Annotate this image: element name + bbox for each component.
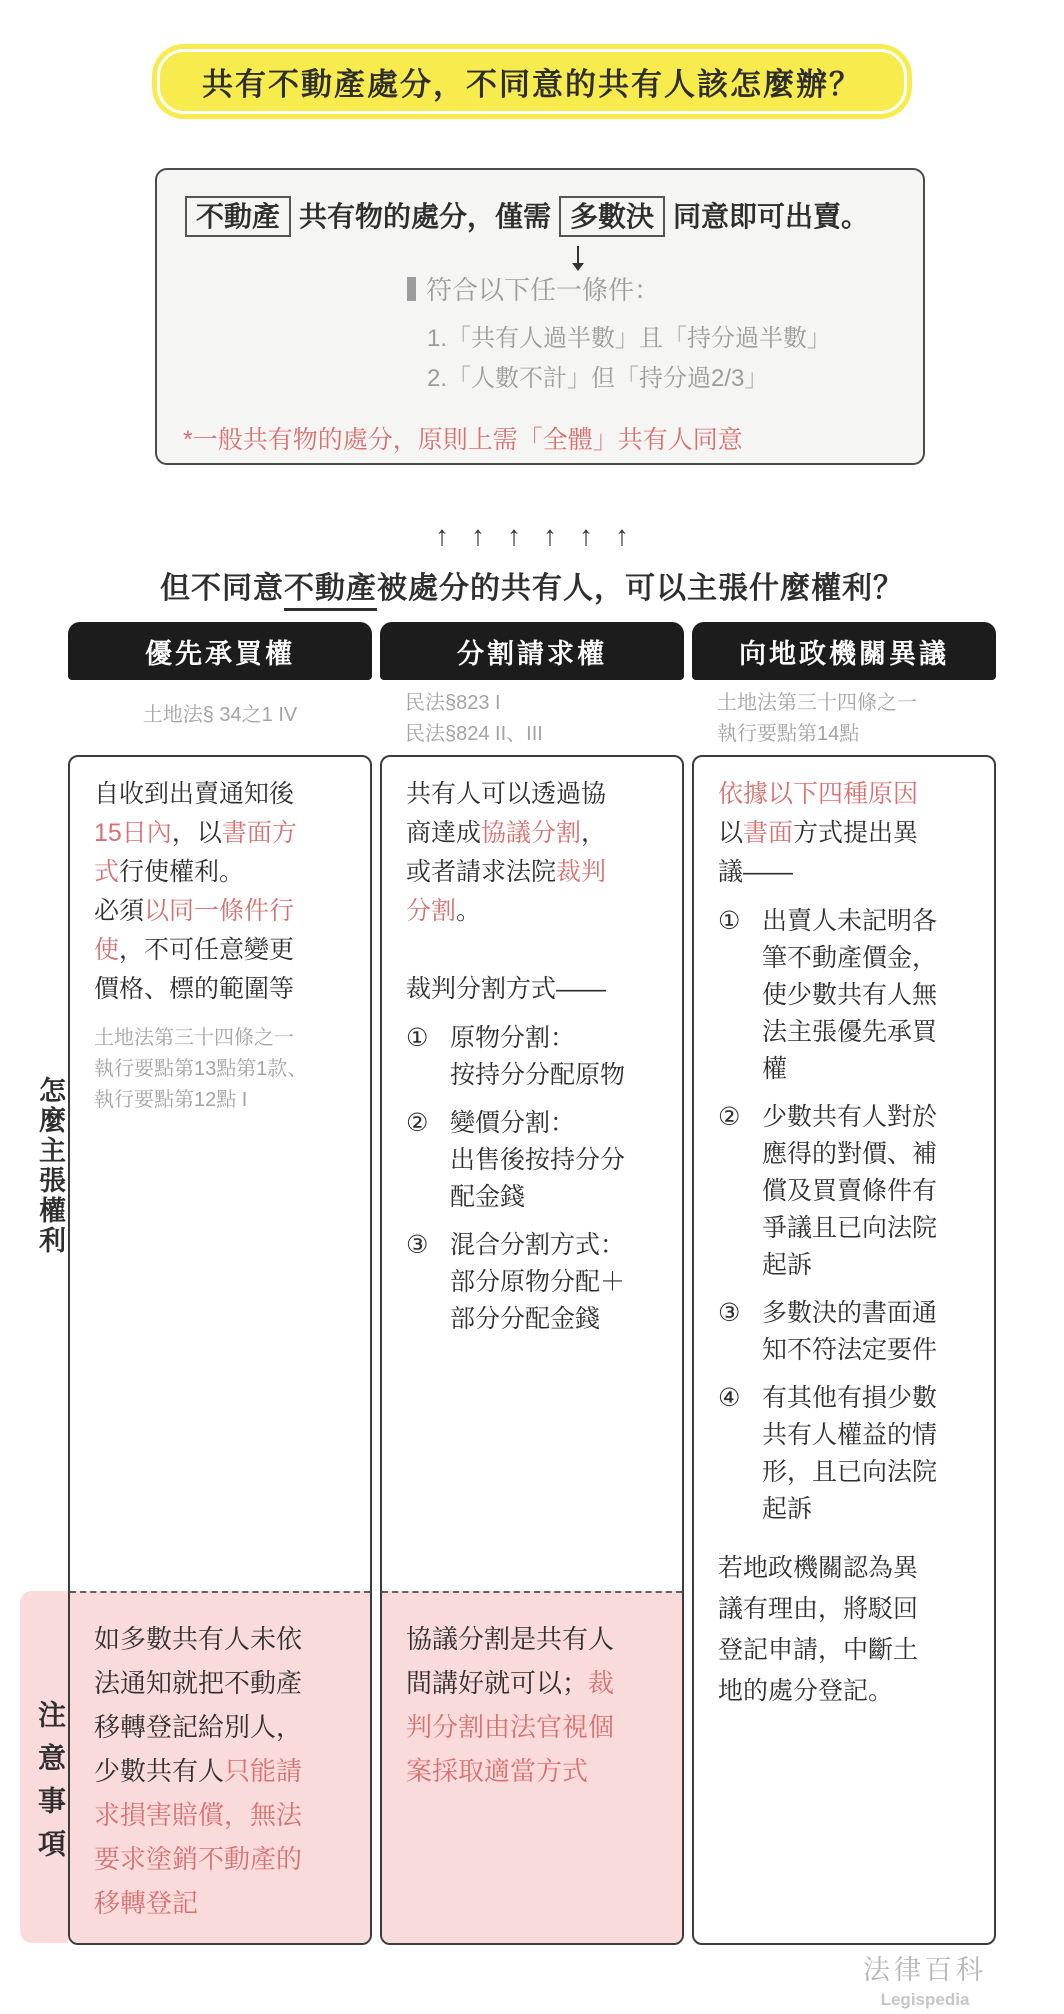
infographic-page: 共有不動產處分，不同意的共有人該怎麼辦？ 不動產共有物的處分，僅需多數決同意即可… [0,0,1064,2014]
list-item: ④有其他有損少數 共有人權益的情 形，且已向法院 起訴 [718,1380,980,1528]
side-label-notice: 注意事項 [30,1700,70,1872]
intro-box: 不動產共有物的處分，僅需多數決同意即可出賣。 符合以下任一條件： 1.「共有人過… [155,168,925,465]
column-citation: 土地法§ 34之1 IV [68,688,372,731]
column-citation: 土地法第三十四條之一 執行要點第14點 [692,688,996,750]
column-header-objection-to-land-office: 向地政機關異議 [692,622,996,680]
intro-headline: 不動產共有物的處分，僅需多數決同意即可出賣。 [177,194,869,240]
question-heading: 但不同意不動產被處分的共有人，可以主張什麼權利？ [0,563,1064,607]
column-body: 自收到出賣通知後 15日內，以書面方 式行使權利。 必須以同一條件行 使，不可任… [70,757,370,1009]
column-body: 依據以下四種原因 以書面方式提出異 議—— [694,757,994,892]
up-arrows-icon: ↑↑↑↑↑↑ [0,520,1064,552]
column-header-right-of-first-refusal: 優先承買權 [68,622,372,680]
intro-footnote: *一般共有物的處分，原則上需「全體」共有人同意 [183,420,743,456]
side-label-how-to-claim: 怎麼主張權利 [31,1076,70,1256]
condition-item-2: 2.「人數不計」但「持分過2/3」 [427,358,768,393]
list-item: ③混合分割方式： 部分原物分配＋ 部分分配金錢 [406,1227,668,1338]
column-citation: 民法§823 I 民法§824 II、III [380,688,684,750]
column-box-right-of-first-refusal: 自收到出賣通知後 15日內，以書面方 式行使權利。 必須以同一條件行 使，不可任… [68,755,372,1945]
bar-icon [407,277,416,301]
column-caution-note: 協議分割是共有人 間講好就可以；裁 判分割由法官視個 案採取適當方式 [382,1591,682,1943]
down-arrow-icon [577,246,579,263]
brand-logo: 法律百科 Legispedia [850,1948,1000,2010]
page-title: 共有不動產處分，不同意的共有人該怎麼辦？ [157,49,907,114]
condition-item-1: 1.「共有人過半數」且「持分過半數」 [427,318,831,353]
column-caution-note: 如多數共有人未依 法通知就把不動產 移轉登記給別人， 少數共有人只能請 求損害賠… [70,1591,370,1943]
column-header-partition-claim: 分割請求權 [380,622,684,680]
list-item: ③多數決的書面通 知不符法定要件 [718,1295,980,1369]
list-item: ②變價分割： 出售後按持分分 配金錢 [406,1105,668,1216]
brand-logo-zh: 法律百科 [850,1948,1000,1987]
numbered-list: ①原物分割： 按持分分配原物②變價分割： 出售後按持分分 配金錢③混合分割方式：… [382,1020,682,1338]
column-body-citation: 土地法第三十四條之一 執行要點第13點第1款、 執行要點第12點 I [70,1009,370,1116]
list-item: ①出賣人未記明各 筆不動產價金， 使少數共有人無 法主張優先承買 權 [718,903,980,1088]
list-item: ②少數共有人對於 應得的對價、補 償及買賣條件有 爭議且已向法院 起訴 [718,1099,980,1284]
brand-logo-en: Legispedia [850,1990,1000,2010]
column-box-partition-claim: 共有人可以透過協 商達成協議分割， 或者請求法院裁判 分割。 裁判分割方式—— … [380,755,684,1945]
column-box-objection-to-land-office: 依據以下四種原因 以書面方式提出異 議—— ①出賣人未記明各 筆不動產價金， 使… [692,755,996,1945]
list-item: ①原物分割： 按持分分配原物 [406,1020,668,1094]
title-banner: 共有不動產處分，不同意的共有人該怎麼辦？ [152,44,912,119]
condition-title: 符合以下任一條件： [407,270,660,307]
column-body: 共有人可以透過協 商達成協議分割， 或者請求法院裁判 分割。 裁判分割方式—— [382,757,682,1009]
column-closing-paragraph: 若地政機關認為異 議有理由，將駁回 登記申請，中斷土 地的處分登記。 [694,1528,994,1712]
numbered-list: ①出賣人未記明各 筆不動產價金， 使少數共有人無 法主張優先承買 權②少數共有人… [694,903,994,1528]
